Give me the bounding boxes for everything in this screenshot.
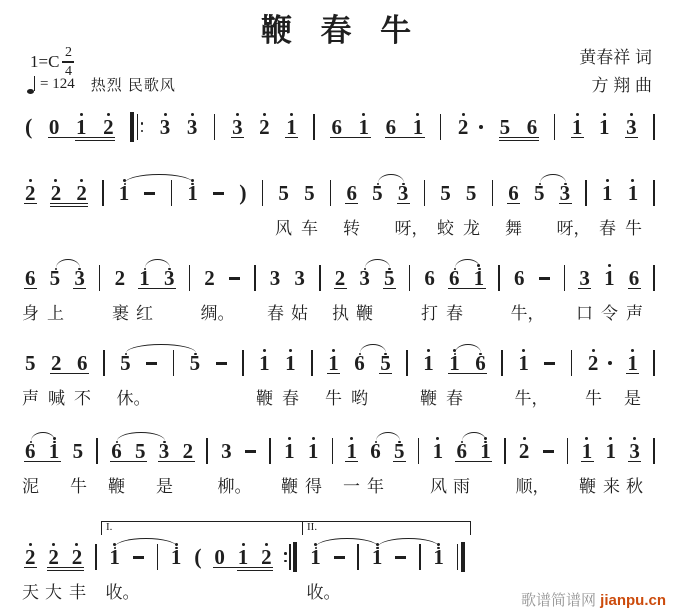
beam-line	[50, 373, 89, 375]
beam-line	[393, 461, 406, 463]
lyric-syllable: 龙	[463, 214, 480, 239]
beam-line	[158, 461, 195, 463]
note-digit: 6	[629, 261, 640, 295]
lyric-syllable: 蛟	[437, 214, 454, 239]
barline	[102, 180, 104, 206]
note-digit: 3	[270, 261, 281, 295]
lyric-syllable: 天	[22, 578, 39, 603]
barline	[418, 438, 420, 464]
barline	[330, 180, 332, 206]
lyric-syllable: 春	[282, 384, 299, 409]
beam-line	[327, 373, 340, 375]
slur-tie-arc	[365, 259, 390, 268]
sheet-music-page: 鞭 春 牛 1=C 2 4 = 124 热烈 民歌风 黄春祥 词 方 翔 曲 (…	[0, 0, 682, 616]
barline	[409, 265, 411, 291]
barline	[189, 265, 191, 291]
octave-dot-icon	[107, 113, 110, 116]
note-digit: 1	[346, 434, 357, 468]
lyric-syllable: 执	[332, 299, 349, 324]
note-digit: 1	[628, 176, 639, 210]
beam-line	[110, 461, 147, 463]
volta-label: II.	[307, 521, 317, 533]
barline	[214, 114, 216, 140]
beam-line	[578, 288, 591, 290]
octave-dot-icon	[608, 264, 611, 267]
watermark: 歌谱简谱网 jianpu.cn	[521, 589, 666, 610]
note-digit: 3	[160, 110, 171, 144]
barline	[313, 114, 315, 140]
lyric-syllable: 呀，	[395, 214, 429, 239]
note-digit: 3	[232, 110, 243, 144]
octave-dot-icon	[576, 113, 579, 116]
octave-dot-icon	[436, 437, 439, 440]
dot	[284, 560, 287, 563]
beam-line	[455, 461, 492, 463]
lyric-syllable: 舞	[505, 214, 522, 239]
beam-line	[448, 288, 486, 290]
slur-tie-arc	[455, 344, 481, 353]
lyric-syllable: 收。	[307, 578, 341, 603]
note-digit: 1	[413, 110, 424, 144]
slur-tie-arc	[126, 344, 196, 353]
beam-line	[448, 373, 487, 375]
dash-extension	[229, 277, 240, 280]
barline	[242, 350, 244, 376]
lyric-syllable: 车	[301, 214, 318, 239]
barline	[171, 180, 173, 206]
dot	[284, 552, 287, 555]
dash-extension	[334, 556, 345, 559]
score: (01233321616125611322211)556535565311风车转…	[0, 0, 682, 616]
beam-line	[499, 137, 539, 139]
beam-line	[345, 203, 358, 205]
note-digit: 2	[183, 434, 194, 468]
barline	[269, 438, 271, 464]
barline	[173, 350, 175, 376]
octave-dot-icon	[52, 543, 55, 546]
beam-line	[47, 567, 84, 569]
barline	[332, 438, 334, 464]
octave-dot-icon	[462, 113, 465, 116]
lyric-syllable: 风	[430, 472, 447, 497]
note-digit: 6	[331, 110, 342, 144]
octave-dot-icon	[523, 437, 526, 440]
dot	[141, 122, 144, 125]
lyric-syllable: 牛	[585, 384, 602, 409]
slur-tie-arc	[117, 432, 165, 441]
phrase-paren: (	[194, 540, 201, 574]
lyric-syllable: 绸。	[201, 299, 235, 324]
lyric-syllable: 牛，	[511, 299, 545, 324]
volta-label: I.	[106, 521, 112, 533]
note-digit: 6	[386, 110, 397, 144]
lyric-syllable: 风	[275, 214, 292, 239]
phrase-paren: (	[25, 110, 32, 144]
octave-dot-icon	[29, 543, 32, 546]
note-digit: 6	[424, 261, 435, 295]
octave-dot-icon	[265, 543, 268, 546]
beam-line	[499, 140, 539, 142]
watermark-domain: jianpu.cn	[600, 592, 666, 609]
octave-dot-icon	[191, 113, 194, 116]
note-digit: 5	[25, 346, 36, 380]
lyric-syllable: 鞭	[356, 299, 373, 324]
octave-dot-icon	[164, 113, 167, 116]
score-line-4: 5265511165116121声喊不休。鞭春牛哟鞭春牛，牛是	[25, 336, 655, 408]
octave-dot-icon	[263, 113, 266, 116]
note-digit: 1	[604, 261, 615, 295]
slur-tie-arc	[462, 432, 486, 441]
lyric-syllable: 不	[74, 384, 91, 409]
phrase-paren: )	[239, 176, 246, 210]
beam-line	[330, 137, 371, 139]
octave-dot-icon	[631, 349, 634, 352]
barline	[653, 265, 655, 291]
note-digit: 3	[294, 261, 305, 295]
lyric-syllable: 来	[603, 472, 620, 497]
lyric-syllable: 口	[576, 299, 593, 324]
beam-line	[334, 288, 347, 290]
note-digit: 3	[629, 434, 640, 468]
note-digit: 3	[221, 434, 232, 468]
slur-tie-arc	[115, 538, 177, 547]
lyric-syllable: 丰	[69, 578, 86, 603]
score-line-1: (012333216161256113	[25, 100, 655, 172]
barline	[653, 114, 655, 140]
lyric-syllable: 春	[599, 214, 616, 239]
lyric-syllable: 鞭	[281, 472, 298, 497]
dash-extension	[395, 556, 406, 559]
beam-line	[397, 203, 410, 205]
barline	[564, 265, 566, 291]
octave-dot-icon	[633, 437, 636, 440]
slur-tie-arc	[376, 432, 400, 441]
octave-dot-icon	[585, 437, 588, 440]
barline	[492, 180, 494, 206]
beam-line	[626, 373, 639, 375]
thin-bar	[289, 544, 291, 570]
note-digit: 2	[519, 434, 530, 468]
lyric-syllable: 休。	[117, 384, 151, 409]
beam-line	[625, 137, 638, 139]
beam-line	[231, 137, 244, 139]
octave-dot-icon	[54, 179, 57, 182]
score-line-2: 22211)556535565311风车转呀，蛟龙舞呀，春牛	[25, 166, 655, 238]
octave-dot-icon	[609, 437, 612, 440]
score-line-3: 6532132332356616316身上裹红绸。春姑执鞭打春牛，口令声	[25, 251, 655, 323]
note-digit: 3	[579, 261, 590, 295]
lyric-syllable: 呀，	[557, 214, 591, 239]
final-barline	[457, 540, 465, 574]
lyric-syllable: 红	[136, 299, 153, 324]
lyric-syllable: 鞭	[256, 384, 273, 409]
rest-note: 0	[214, 540, 225, 574]
barline	[585, 180, 587, 206]
repeat-dots-icon	[284, 552, 287, 562]
barline	[498, 265, 500, 291]
slur-tie-arc	[56, 259, 80, 268]
note-digit: 1	[359, 110, 370, 144]
lyric-syllable: 喊	[48, 384, 65, 409]
octave-dot-icon	[242, 543, 245, 546]
note-row: 61565323111651612113	[25, 434, 655, 468]
thick-bar	[293, 542, 297, 572]
octave-dot-icon	[606, 179, 609, 182]
lyric-syllable: 春	[446, 384, 463, 409]
lyric-syllable: 大	[45, 578, 62, 603]
beam-line	[628, 461, 641, 463]
note-digit: 5	[278, 176, 289, 210]
barline	[157, 544, 159, 570]
note-row: 6532132332356616316	[25, 261, 655, 295]
barline	[501, 350, 503, 376]
beam-line	[24, 288, 37, 290]
lyric-syllable: 是	[624, 384, 641, 409]
lyric-syllable: 声	[626, 299, 643, 324]
note-digit: 1	[328, 346, 339, 380]
octave-dot-icon	[289, 349, 292, 352]
beam-line	[385, 137, 425, 139]
beam-line	[24, 461, 61, 463]
octave-dot-icon	[603, 113, 606, 116]
note-digit: 1	[606, 434, 617, 468]
volta-bracket: II.	[302, 521, 471, 535]
lyric-syllable: 顺，	[516, 472, 550, 497]
octave-dot-icon	[75, 543, 78, 546]
note-digit: 1	[308, 434, 319, 468]
barline	[571, 350, 573, 376]
note-digit: 1	[627, 346, 638, 380]
dash-extension	[543, 450, 554, 453]
slur-tie-arc	[145, 259, 170, 268]
score-line-5: 61565323111651612113泥牛鞭是柳。鞭得一年风雨顺，鞭来秋	[25, 424, 655, 496]
note-digit: 1	[572, 110, 583, 144]
dash-extension	[133, 556, 144, 559]
beam-line	[581, 461, 594, 463]
note-digit: 6	[508, 176, 519, 210]
barline	[96, 438, 98, 464]
note-digit: 5	[440, 176, 451, 210]
octave-dot-icon	[522, 349, 525, 352]
barline	[653, 350, 655, 376]
lyric-syllable: 哟	[351, 384, 368, 409]
note-digit: 1	[423, 346, 434, 380]
barline	[554, 114, 556, 140]
note-digit: 1	[285, 346, 296, 380]
lyric-syllable: 姑	[291, 299, 308, 324]
beam-line	[559, 203, 572, 205]
note-digit: 2	[335, 261, 346, 295]
note-digit: 2	[204, 261, 215, 295]
thin-bar	[457, 544, 459, 570]
dash-extension	[544, 362, 555, 365]
barline	[419, 544, 421, 570]
octave-dot-icon	[630, 113, 633, 116]
beam-line	[138, 288, 176, 290]
beam-line	[379, 373, 392, 375]
score-line-6: 22211(012111天大丰收。收。I.II.	[25, 512, 465, 584]
lyric-syllable: 牛	[625, 214, 642, 239]
note-digit: 2	[588, 346, 599, 380]
octave-dot-icon	[332, 349, 335, 352]
octave-dot-icon	[236, 113, 239, 116]
note-digit: 2	[115, 261, 126, 295]
repeat-begin-barline	[130, 110, 143, 144]
lyric-syllable: 雨	[453, 472, 470, 497]
note-digit: 5	[466, 176, 477, 210]
beam-line	[48, 137, 115, 139]
lyric-syllable: 令	[601, 299, 618, 324]
thick-bar	[461, 542, 465, 572]
note-digit: 1	[602, 176, 613, 210]
octave-dot-icon	[80, 179, 83, 182]
lyric-syllable: 声	[22, 384, 39, 409]
beam-line	[237, 570, 273, 572]
lyric-syllable: 一	[343, 472, 360, 497]
note-digit: 2	[25, 540, 36, 574]
note-digit: 1	[259, 346, 270, 380]
slur-tie-arc	[378, 174, 404, 183]
dash-extension	[216, 362, 227, 365]
note-digit: 6	[77, 346, 88, 380]
lyric-syllable: 泥	[22, 472, 39, 497]
note-digit: 2	[51, 346, 62, 380]
slur-tie-arc	[125, 174, 193, 183]
lyric-syllable: 上	[47, 299, 64, 324]
barline	[319, 265, 321, 291]
lyric-syllable: 打	[421, 299, 438, 324]
lyric-syllable: 秋	[626, 472, 643, 497]
lyric-syllable: 转	[343, 214, 360, 239]
note-digit: 3	[626, 110, 637, 144]
dash-extension	[539, 277, 550, 280]
note-digit: 1	[284, 434, 295, 468]
beam-line	[285, 137, 298, 139]
lyric-syllable: 柳。	[218, 472, 252, 497]
beam-line	[507, 203, 520, 205]
thick-bar	[130, 112, 134, 142]
barline	[254, 265, 256, 291]
slur-tie-arc	[31, 432, 55, 441]
octave-dot-icon	[592, 349, 595, 352]
note-digit: 1	[582, 434, 593, 468]
rest-note: 0	[49, 110, 60, 144]
beam-line	[345, 461, 358, 463]
dash-extension	[146, 362, 157, 365]
note-row: 22211)556535565311	[25, 176, 655, 210]
note-digit: 3	[187, 110, 198, 144]
beam-line	[213, 567, 273, 569]
barline	[311, 350, 313, 376]
augmentation-dot	[608, 361, 612, 365]
lyric-syllable: 春	[446, 299, 463, 324]
octave-dot-icon	[312, 437, 315, 440]
lyric-syllable: 牛	[70, 472, 87, 497]
note-digit: 2	[458, 110, 469, 144]
beam-line	[50, 206, 88, 208]
octave-dot-icon	[263, 349, 266, 352]
octave-dot-icon	[362, 113, 365, 116]
beam-line	[383, 288, 396, 290]
dash-extension	[144, 192, 155, 195]
barline	[95, 544, 97, 570]
lyric-syllable: 牛，	[515, 384, 549, 409]
note-digit: 6	[514, 261, 525, 295]
beam-line	[24, 567, 37, 569]
watermark-site-name: 歌谱简谱网	[521, 592, 600, 609]
slur-tie-arc	[455, 259, 480, 268]
dash-extension	[213, 192, 224, 195]
barline	[99, 265, 101, 291]
note-digit: 1	[433, 434, 444, 468]
lyric-syllable: 牛	[325, 384, 342, 409]
slur-tie-arc	[540, 174, 566, 183]
barline	[406, 350, 408, 376]
beam-line	[73, 288, 86, 290]
beam-line	[24, 203, 37, 205]
repeat-end-barline	[284, 540, 297, 574]
lyric-syllable: 收。	[106, 578, 140, 603]
lyric-syllable: 鞭	[108, 472, 125, 497]
barline	[653, 180, 655, 206]
note-digit: 1	[599, 110, 610, 144]
beam-line	[75, 140, 115, 142]
octave-dot-icon	[290, 113, 293, 116]
slur-tie-arc	[378, 538, 439, 547]
octave-dot-icon	[631, 179, 634, 182]
slur-tie-arc	[360, 344, 386, 353]
note-digit: 2	[25, 176, 36, 210]
note-digit: 1	[518, 346, 529, 380]
barline	[357, 544, 359, 570]
dash-extension	[245, 450, 256, 453]
beam-line	[571, 137, 584, 139]
volta-bracket: I.	[101, 521, 303, 535]
octave-dot-icon	[29, 179, 32, 182]
note-row: 22211(012111	[25, 540, 465, 574]
lyric-syllable: 鞭	[579, 472, 596, 497]
slur-tie-arc	[316, 538, 378, 547]
octave-dot-icon	[427, 349, 430, 352]
barline	[262, 180, 264, 206]
barline	[206, 438, 208, 464]
note-digit: 6	[25, 261, 36, 295]
lyric-syllable: 裹	[112, 299, 129, 324]
beam-line	[628, 288, 641, 290]
lyric-syllable: 是	[156, 472, 173, 497]
barline	[424, 180, 426, 206]
barline	[653, 438, 655, 464]
lyric-syllable: 身	[22, 299, 39, 324]
lyric-syllable: 年	[367, 472, 384, 497]
note-digit: 1	[286, 110, 297, 144]
lyric-syllable: 得	[305, 472, 322, 497]
barline	[103, 350, 105, 376]
octave-dot-icon	[80, 113, 83, 116]
octave-dot-icon	[350, 437, 353, 440]
note-digit: 5	[304, 176, 315, 210]
lyric-syllable: 春	[267, 299, 284, 324]
thin-bar	[137, 114, 139, 140]
barline	[440, 114, 442, 140]
octave-dot-icon	[416, 113, 419, 116]
barline	[504, 438, 506, 464]
note-digit: 5	[73, 434, 84, 468]
note-row: (012333216161256113	[25, 110, 655, 144]
repeat-dots-icon	[141, 122, 144, 132]
barline	[567, 438, 569, 464]
note-row: 5265511165116121	[25, 346, 655, 380]
